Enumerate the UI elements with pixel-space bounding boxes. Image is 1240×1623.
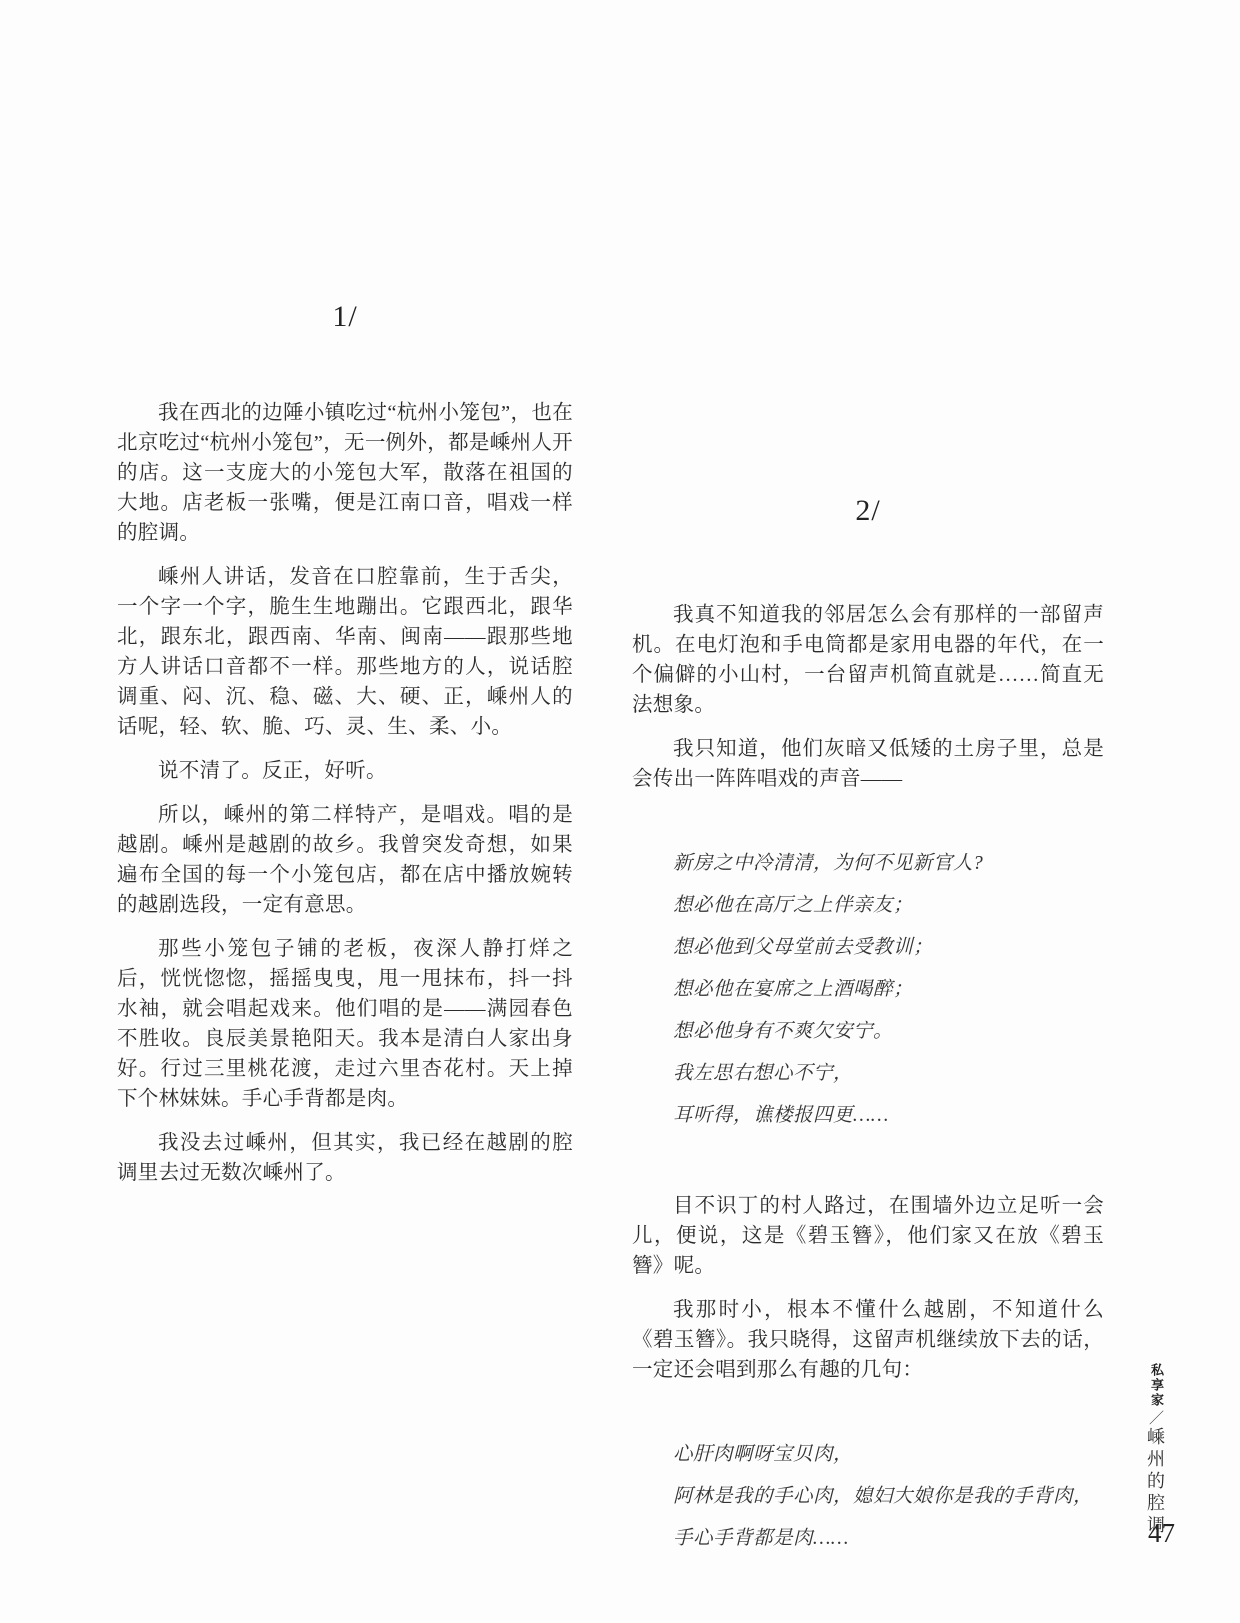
- opera-lyrics-block: 心肝肉啊呀宝贝肉， 阿林是我的手心肉，媳妇大娘你是我的手背肉， 手心手背都是肉……: [632, 1443, 1104, 1550]
- paragraph: 我在西北的边陲小镇吃过“杭州小笼包”，也在北京吃过“杭州小笼包”，无一例外，都是…: [117, 398, 573, 548]
- verse-line: 想必他在高厅之上伴亲友；: [632, 894, 1104, 917]
- paragraph: 说不清了。反正，好听。: [117, 756, 573, 786]
- verse-line: 想必他到父母堂前去受教训；: [632, 936, 1104, 959]
- magazine-name: 私享家: [1148, 1363, 1163, 1408]
- verse-line: 耳听得，谯楼报四更……: [632, 1104, 1104, 1127]
- paragraph: 目不识丁的村人路过，在围墙外边立足听一会儿，便说，这是《碧玉簪》，他们家又在放《…: [632, 1191, 1104, 1281]
- sidebar-running-title: 私享家／嵊州的腔调: [1146, 1363, 1164, 1523]
- paragraph: 我没去过嵊州，但其实，我已经在越剧的腔调里去过无数次嵊州了。: [117, 1128, 573, 1188]
- verse-line: 想必他在宴席之上酒喝醉；: [632, 978, 1104, 1001]
- paragraph: 那些小笼包子铺的老板，夜深人静打烊之后，恍恍惚惚，摇摇曳曳，甩一甩抹布，抖一抖水…: [117, 934, 573, 1114]
- paragraph: 我只知道，他们灰暗又低矮的土房子里，总是会传出一阵阵唱戏的声音——: [632, 734, 1104, 794]
- verse-line: 想必他身有不爽欠安宁。: [632, 1020, 1104, 1043]
- paragraph: 我真不知道我的邻居怎么会有那样的一部留声机。在电灯泡和手电筒都是家用电器的年代，…: [632, 600, 1104, 720]
- verse-line: 阿林是我的手心肉，媳妇大娘你是我的手背肉，: [632, 1485, 1104, 1508]
- section-1-heading: 1/: [117, 300, 573, 334]
- right-column: 2/ 我真不知道我的邻居怎么会有那样的一部留声机。在电灯泡和手电筒都是家用电器的…: [632, 494, 1104, 1550]
- paragraph: 我那时小，根本不懂什么越剧，不知道什么《碧玉簪》。我只晓得，这留声机继续放下去的…: [632, 1295, 1104, 1385]
- left-column: 1/ 我在西北的边陲小镇吃过“杭州小笼包”，也在北京吃过“杭州小笼包”，无一例外…: [117, 300, 573, 1188]
- section-2-heading: 2/: [632, 494, 1104, 528]
- paragraph: 嵊州人讲话，发音在口腔靠前，生于舌尖，一个字一个字，脆生生地蹦出。它跟西北，跟华…: [117, 562, 573, 742]
- slash-separator: ／: [1147, 1410, 1163, 1425]
- verse-line: 新房之中冷清清，为何不见新官人?: [632, 852, 1104, 875]
- page-number: 47: [1148, 1518, 1175, 1549]
- opera-lyrics-block: 新房之中冷清清，为何不见新官人? 想必他在高厅之上伴亲友； 想必他到父母堂前去受…: [632, 852, 1104, 1127]
- magazine-page: 1/ 我在西北的边陲小镇吃过“杭州小笼包”，也在北京吃过“杭州小笼包”，无一例外…: [0, 0, 1240, 1623]
- verse-line: 我左思右想心不宁，: [632, 1062, 1104, 1085]
- paragraph: 所以，嵊州的第二样特产，是唱戏。唱的是越剧。嵊州是越剧的故乡。我曾突发奇想，如果…: [117, 800, 573, 920]
- verse-line: 手心手背都是肉……: [632, 1527, 1104, 1550]
- verse-line: 心肝肉啊呀宝贝肉，: [632, 1443, 1104, 1466]
